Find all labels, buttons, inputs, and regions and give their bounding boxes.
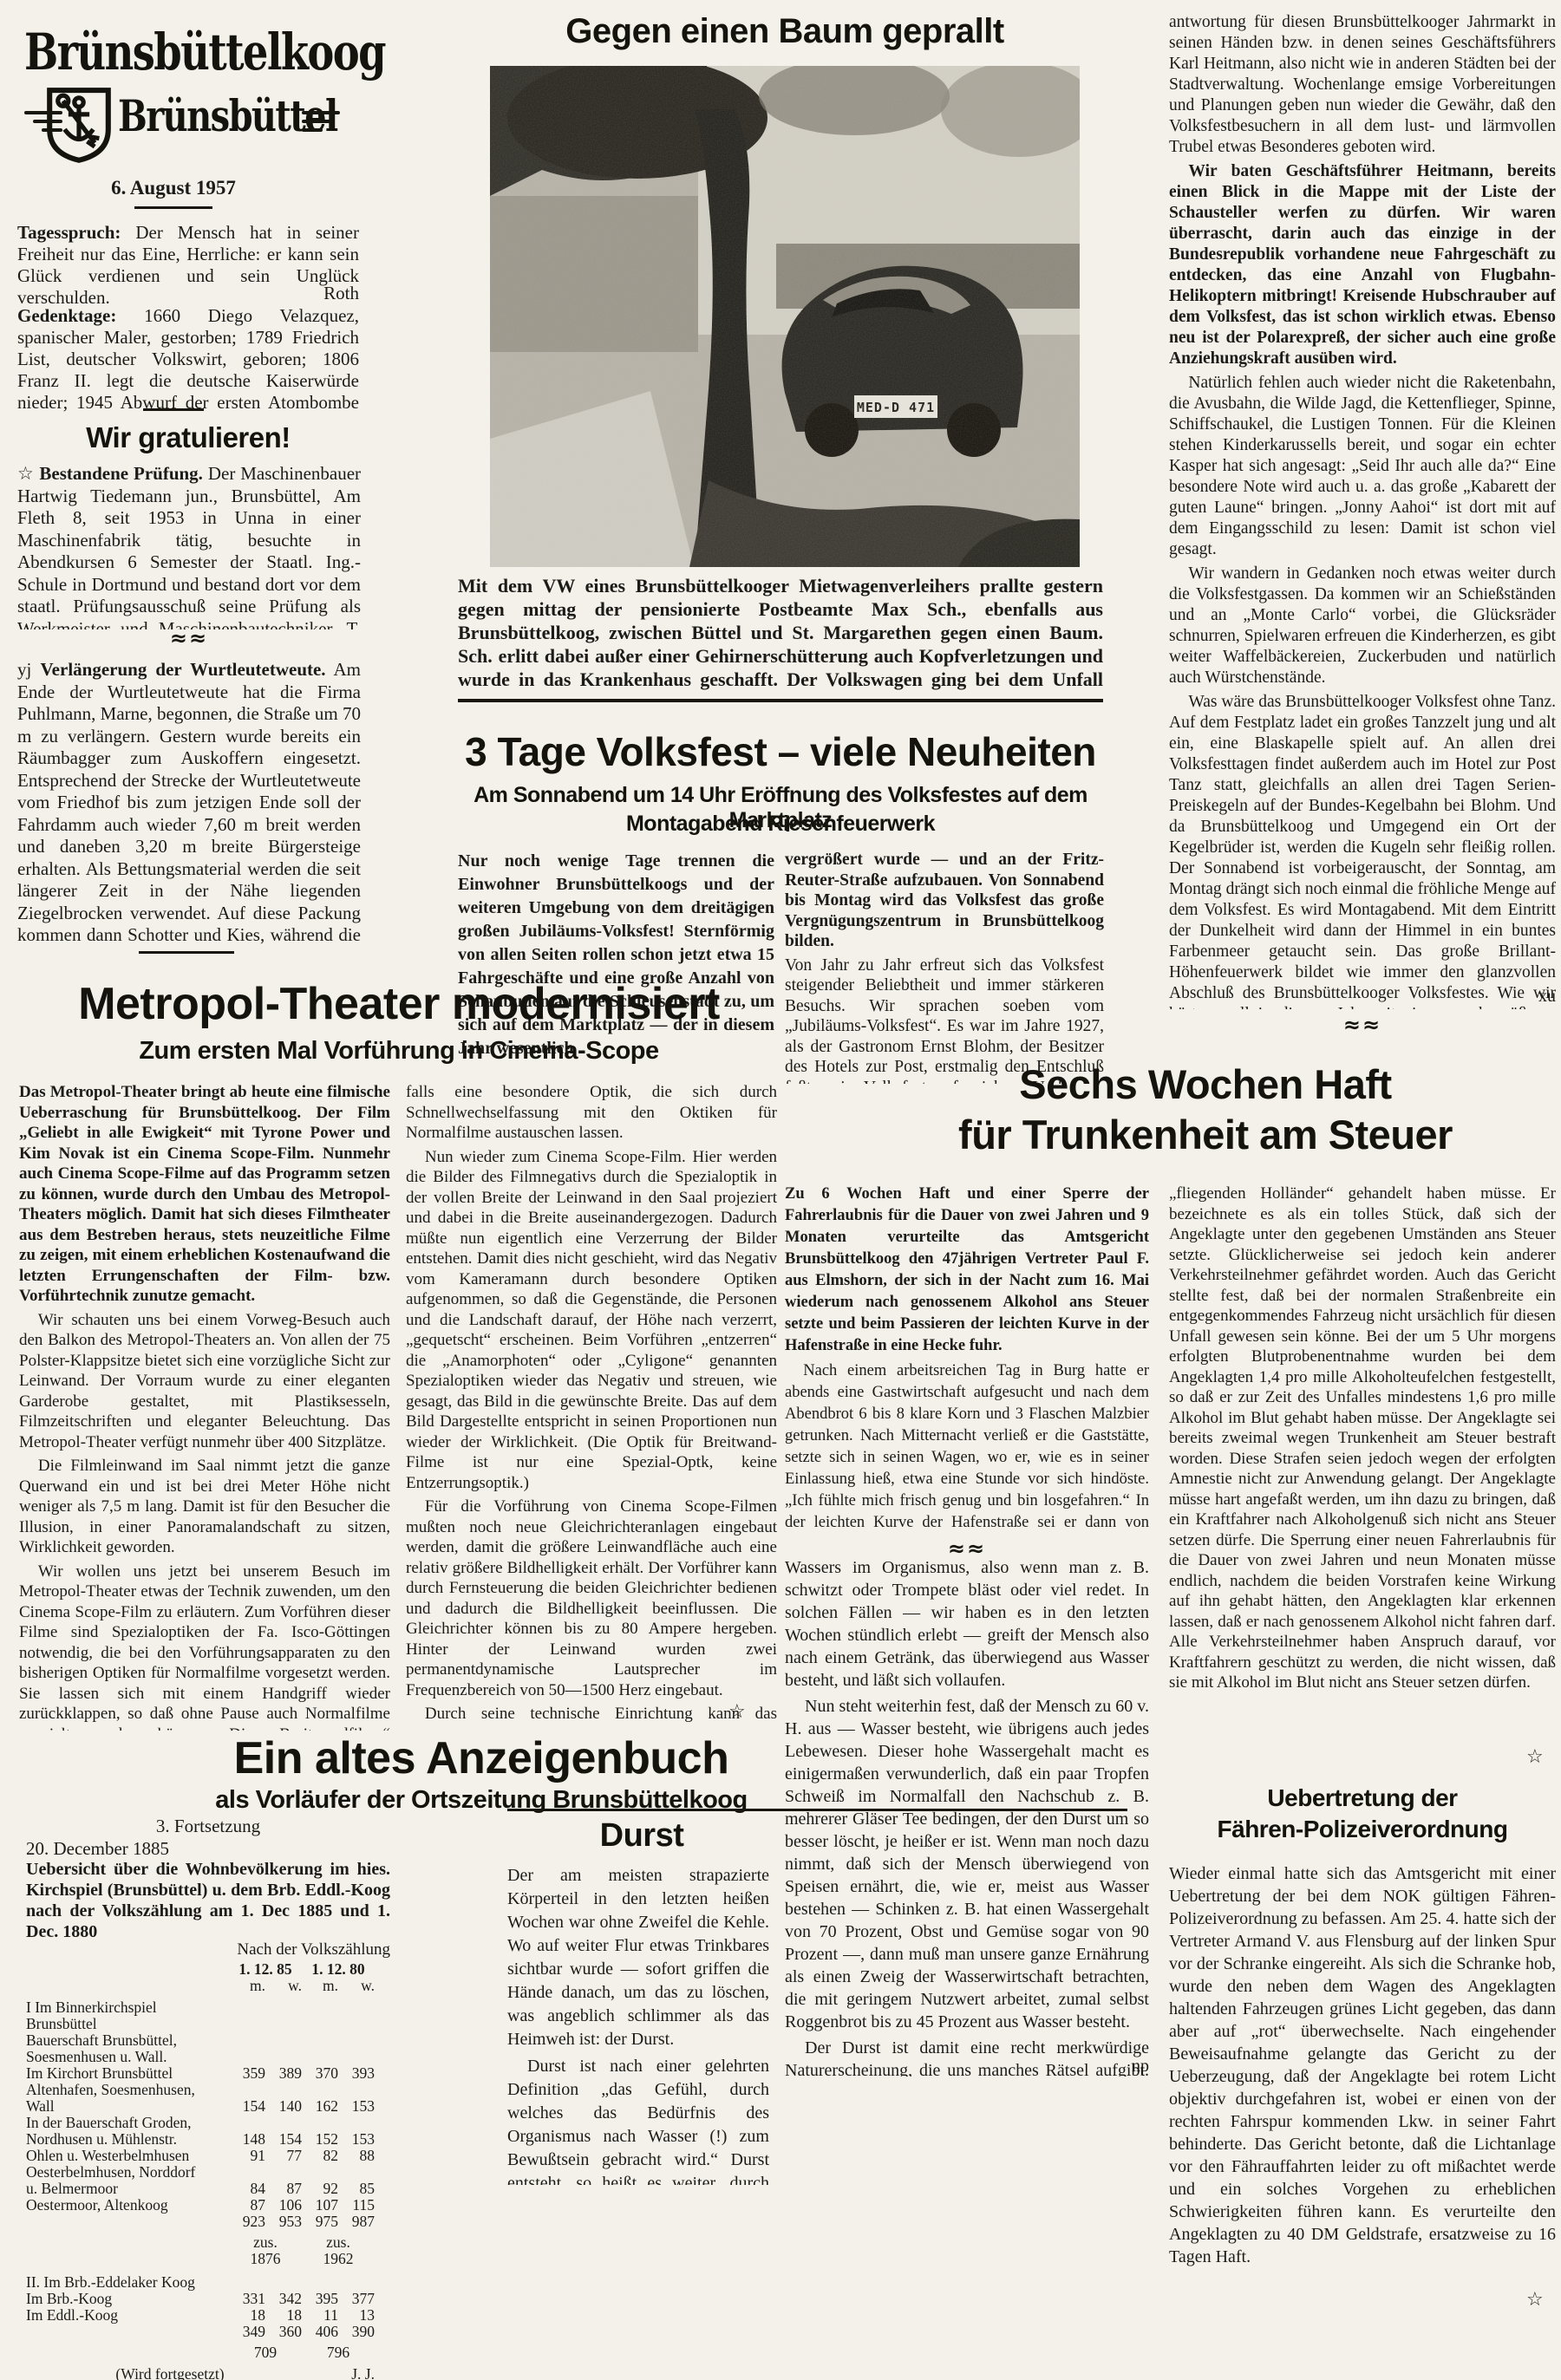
faehren-headline-line2: Fähren-Polizeiverordnung	[1169, 1814, 1556, 1845]
table-row: Im Brb.-Koog331342395377	[26, 2291, 375, 2307]
metropol-p3: Die Filmleinwand im Saal nimmt jetzt die…	[19, 1456, 390, 1558]
volksfest-continuation: antwortung für diesen Brunsbüttelkooger …	[1169, 12, 1556, 1009]
pruefung-text: Der Maschinenbauer Hartwig Tiedemann jun…	[17, 463, 361, 629]
volksfest-col-b-lead: vergrößert wurde — und an der Fritz-Reut…	[785, 850, 1104, 952]
sechs-p1: Zu 6 Wochen Haft und einer Sperre der Fa…	[785, 1183, 1149, 1357]
faehren-headline-line1: Uebertretung der	[1169, 1783, 1556, 1814]
gratulieren-headline: Wir gratulieren!	[17, 421, 359, 454]
tagesspruch-label: Tagesspruch:	[17, 222, 121, 243]
metropol-col1: Das Metropol-Theater bringt ab heute ein…	[19, 1082, 390, 1731]
col-w2: w.	[338, 1978, 375, 1994]
table-footer: (Wird fortgesetzt)J. J.	[26, 2366, 375, 2380]
table-row: Bauerschaft Brunsbüttel, Soesmenhusen u.…	[26, 2032, 375, 2065]
col-w1: w.	[265, 1978, 302, 1994]
sechs-col2: „fliegenden Holländer“ gehandelt haben m…	[1169, 1183, 1556, 1770]
table-row: II. Im Brb.-Eddelaker Koog	[26, 2274, 375, 2291]
metropol-subhead: Zum ersten Mal Vorführung in Cinema-Scop…	[17, 1037, 780, 1066]
table-zus-row: zus.zus.	[26, 2234, 375, 2251]
metropol-p7: Für die Vorführung von Cinema Scope-Film…	[406, 1496, 777, 1700]
metropol-p6: Nun wieder zum Cinema Scope-Film. Hier w…	[406, 1147, 777, 1494]
volksfest-cont-p2: Wir baten Geschäftsführer Heitmann, bere…	[1169, 161, 1556, 369]
pruefung-paragraph: ☆ Bestandene Prüfung. Der Maschinenbauer…	[17, 463, 361, 629]
volksfest-author-sign: xu	[1169, 987, 1556, 1007]
durst-col1: Der am meisten strapazierte Körperteil i…	[507, 1864, 769, 2185]
table-author-sign: J. J.	[314, 2366, 375, 2380]
masthead-title-line1: Brünsbüttelkoog	[24, 23, 385, 82]
metropol-col2: falls eine besondere Optik, die sich dur…	[406, 1082, 777, 1724]
volksfest-cont-p4: Wir wandern in Gedanken noch etwas weite…	[1169, 564, 1556, 688]
wurtleute-paragraph: yj Verlängerung der Wurtleutetweute. Am …	[17, 659, 361, 947]
table-grand-total: 709796	[26, 2344, 375, 2361]
sechs-p2: Nach einem arbeitsreichen Tag in Burg ha…	[785, 1360, 1149, 1535]
table-row: Oesterbelmhusen, Norddorf u. Belmermoor8…	[26, 2164, 375, 2197]
wave-divider-icon: ≈≈	[17, 626, 361, 650]
article-end-star-icon: ☆	[1526, 2289, 1544, 2311]
caption-rule	[458, 699, 1103, 702]
table-header-years: 1. 12. 85 1. 12. 80	[26, 1961, 375, 1978]
table-header-mw: m. w. m. w.	[26, 1978, 375, 1994]
table-row: In der Bauerschaft Groden, Nordhusen u. …	[26, 2115, 375, 2148]
volksfest-col-b: vergrößert wurde — und an der Fritz-Reut…	[785, 850, 1104, 1084]
volksfest-cont-p5: Was wäre das Brunsbüttelkooger Volksfest…	[1169, 692, 1556, 1009]
durst-headline: Durst	[507, 1817, 776, 1855]
date-divider	[134, 206, 212, 209]
tagesspruch-attribution: Roth	[17, 283, 359, 304]
masthead-ornament-left	[23, 106, 62, 137]
newspaper-page: Brünsbüttelkoog Brünsbüttel 6. August 19…	[0, 0, 1561, 2380]
wurtleute-text: Am Ende der Wurtleutetweute hat die Firm…	[17, 659, 361, 947]
masthead-ornament-right	[302, 106, 342, 137]
table-row: I Im Binnerkirchspiel Brunsbüttel	[26, 1999, 375, 2032]
anzeigen-date: 20. December 1885	[26, 1838, 169, 1860]
article-end-star-icon: ☆	[728, 1701, 746, 1723]
durst-p3: Wassers im Organismus, also wenn man z. …	[785, 1556, 1149, 1692]
durst-col2: Wassers im Organismus, also wenn man z. …	[785, 1556, 1149, 2077]
article-end-star-icon: ☆	[1526, 1746, 1544, 1768]
volksfest-subhead2: Montagabend Riesenfeuerwerk	[447, 812, 1114, 837]
sechs-headline-line1: Sechs Wochen Haft	[919, 1060, 1492, 1110]
metropol-p5: falls eine besondere Optik, die sich dur…	[406, 1082, 777, 1144]
sechs-col1: Zu 6 Wochen Haft und einer Sperre der Fa…	[785, 1183, 1149, 1535]
gedenktage-label: Gedenktage:	[17, 305, 116, 326]
volksfest-cont-p1: antwortung für diesen Brunsbüttelkooger …	[1169, 12, 1556, 158]
wurtleute-marker: yj	[17, 659, 31, 680]
col-m1: m.	[229, 1978, 265, 1994]
metropol-p4: Wir wollen uns jetzt bei unserem Besuch …	[19, 1562, 390, 1731]
wave-divider-icon: ≈≈	[1169, 1013, 1556, 1037]
anzeigen-headline: Ein altes Anzeigenbuch	[82, 1732, 880, 1784]
section-divider	[139, 951, 234, 954]
edition-date: 6. August 1957	[52, 177, 295, 199]
faehren-headline: Uebertretung der Fähren-Polizeiverordnun…	[1169, 1783, 1556, 1845]
table-row: Altenhafen, Soesmenhusen, Wall1541401621…	[26, 2082, 375, 2115]
durst-top-rule	[507, 1809, 1127, 1811]
faehren-body: Wieder einmal hatte sich das Amtsgericht…	[1169, 1862, 1556, 2348]
anzeigen-fortsetzung: 3. Fortsetzung	[26, 1816, 390, 1837]
anzeigen-uebersicht: Uebersicht über die Wohnbevölkerung im h…	[26, 1859, 390, 1946]
census-table: 1. 12. 85 1. 12. 80 m. w. m. w. I Im Bin…	[26, 1961, 375, 2380]
gedenktage-paragraph: Gedenktage: 1660 Diego Velazquez, spanis…	[17, 305, 359, 414]
table-subtotal-row: 923953975987	[26, 2214, 375, 2230]
table-subtotal-row: 349360406390	[26, 2324, 375, 2340]
table-row: Im Kirchort Brunsbüttel359389370393	[26, 2065, 375, 2082]
accident-headline: Gegen einen Baum geprallt	[481, 12, 1088, 51]
year-1880: 1. 12. 80	[302, 1961, 375, 1978]
volksfest-cont-p3: Natürlich fehlen auch wieder nicht die R…	[1169, 373, 1556, 560]
volksfest-headline: 3 Tage Volksfest – viele Neuheiten	[447, 728, 1114, 775]
accident-caption: Mit dem VW eines Brunsbüttelkooger Mietw…	[458, 574, 1103, 695]
sechs-p3: „fliegenden Holländer“ gehandelt haben m…	[1169, 1183, 1556, 1693]
sechs-headline-line2: für Trunkenheit am Steuer	[919, 1110, 1492, 1160]
metropol-headline: Metropol-Theater modernisiert	[17, 978, 780, 1030]
wurtleute-label: Verlängerung der Wurtleutetweute.	[40, 659, 325, 680]
durst-p2: Durst ist nach einer gelehrten Definitio…	[507, 2055, 769, 2185]
pruefung-label: Bestandene Prüfung.	[39, 463, 203, 484]
table-row: Ohlen u. Westerbelmhusen91778288	[26, 2148, 375, 2164]
metropol-p2: Wir schauten uns bei einem Vorweg-Besuch…	[19, 1310, 390, 1453]
metropol-p1: Das Metropol-Theater bringt ab heute ein…	[19, 1082, 390, 1307]
year-1885: 1. 12. 85	[229, 1961, 302, 1978]
table-row: Im Eddl.-Koog18181113	[26, 2307, 375, 2324]
metropol-p8: Durch seine technische Einrichtung kann …	[406, 1704, 777, 1724]
durst-author-sign: np	[785, 2057, 1149, 2077]
durst-p1: Der am meisten strapazierte Körperteil i…	[507, 1864, 769, 2051]
accident-photo: MED-D 471	[490, 66, 1080, 567]
section-divider	[143, 408, 204, 411]
star-icon: ☆	[17, 463, 35, 484]
table-row: Oestermoor, Altenkoog87106107115	[26, 2197, 375, 2214]
col-m2: m.	[302, 1978, 338, 1994]
census-table-caption: Nach der Volkszählung	[156, 1940, 390, 1959]
sechs-headline: Sechs Wochen Haft für Trunkenheit am Ste…	[919, 1060, 1492, 1160]
table-zus-values: 18761962	[26, 2251, 375, 2267]
